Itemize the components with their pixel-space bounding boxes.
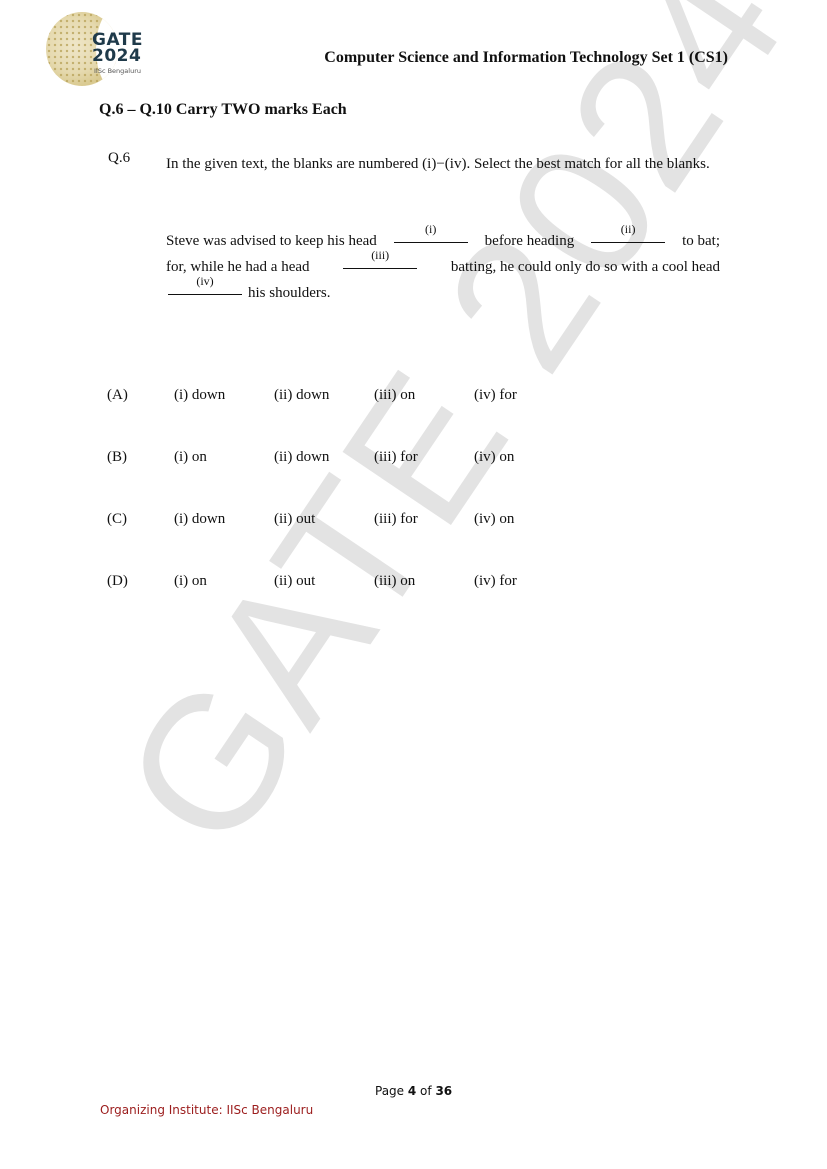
option-choice: (i) on bbox=[174, 449, 207, 466]
passage-line-1: Steve was advised to keep his head (i) b… bbox=[166, 228, 720, 254]
option-choice: (iii) on bbox=[374, 573, 415, 590]
passage-text: before heading bbox=[485, 228, 575, 254]
page-current: 4 bbox=[408, 1084, 416, 1098]
passage-text: batting, he could only do so with a cool… bbox=[451, 254, 720, 280]
option-choice: (i) on bbox=[174, 573, 207, 590]
option-letter: (C) bbox=[107, 511, 127, 528]
watermark-text: GATE 2024 bbox=[83, 0, 826, 883]
option-choice: (i) down bbox=[174, 511, 225, 528]
blank-ii: (ii) bbox=[591, 228, 665, 243]
option-choice: (iv) for bbox=[474, 573, 517, 590]
page-of: of bbox=[416, 1084, 435, 1098]
logo-wordmark: GATE 2024 bbox=[92, 32, 143, 64]
question-number: Q.6 bbox=[108, 150, 130, 167]
option-letter: (A) bbox=[107, 387, 128, 404]
option-choice: (iv) for bbox=[474, 387, 517, 404]
gate-2024-logo: GATE 2024 IISc Bengaluru bbox=[44, 10, 160, 90]
paper-title: Computer Science and Information Technol… bbox=[324, 49, 728, 67]
passage-line-3: (iv) his shoulders. bbox=[166, 280, 720, 306]
option-choice: (ii) down bbox=[274, 387, 329, 404]
option-choice: (ii) out bbox=[274, 573, 315, 590]
page-prefix: Page bbox=[375, 1084, 408, 1098]
option-letter: (D) bbox=[107, 573, 128, 590]
question-stem: In the given text, the blanks are number… bbox=[166, 150, 722, 178]
blank-iii: (iii) bbox=[343, 254, 417, 269]
option-choice: (ii) out bbox=[274, 511, 315, 528]
option-choice: (iii) for bbox=[374, 449, 418, 466]
question-passage: Steve was advised to keep his head (i) b… bbox=[166, 228, 720, 306]
blank-i: (i) bbox=[394, 228, 468, 243]
option-choice: (iii) for bbox=[374, 511, 418, 528]
option-choice: (iii) on bbox=[374, 387, 415, 404]
passage-text: to bat; bbox=[682, 228, 720, 254]
option-letter: (B) bbox=[107, 449, 127, 466]
section-heading: Q.6 – Q.10 Carry TWO marks Each bbox=[99, 101, 347, 119]
option-choice: (i) down bbox=[174, 387, 225, 404]
page-total: 36 bbox=[435, 1084, 452, 1098]
option-choice: (iv) on bbox=[474, 511, 514, 528]
blank-label: (iii) bbox=[343, 242, 417, 268]
option-choice: (ii) down bbox=[274, 449, 329, 466]
page-number: Page 4 of 36 bbox=[375, 1084, 452, 1098]
blank-label: (i) bbox=[394, 216, 468, 242]
option-choice: (iv) on bbox=[474, 449, 514, 466]
logo-line2: 2024 bbox=[92, 48, 143, 64]
blank-iv: (iv) bbox=[168, 280, 242, 295]
passage-text: his shoulders. bbox=[248, 280, 331, 306]
passage-line-2: for, while he had a head (iii) batting, … bbox=[166, 254, 720, 280]
blank-label: (ii) bbox=[591, 216, 665, 242]
blank-label: (iv) bbox=[168, 268, 242, 294]
logo-subtitle: IISc Bengaluru bbox=[94, 67, 141, 75]
organizing-institute: Organizing Institute: IISc Bengaluru bbox=[100, 1103, 313, 1117]
